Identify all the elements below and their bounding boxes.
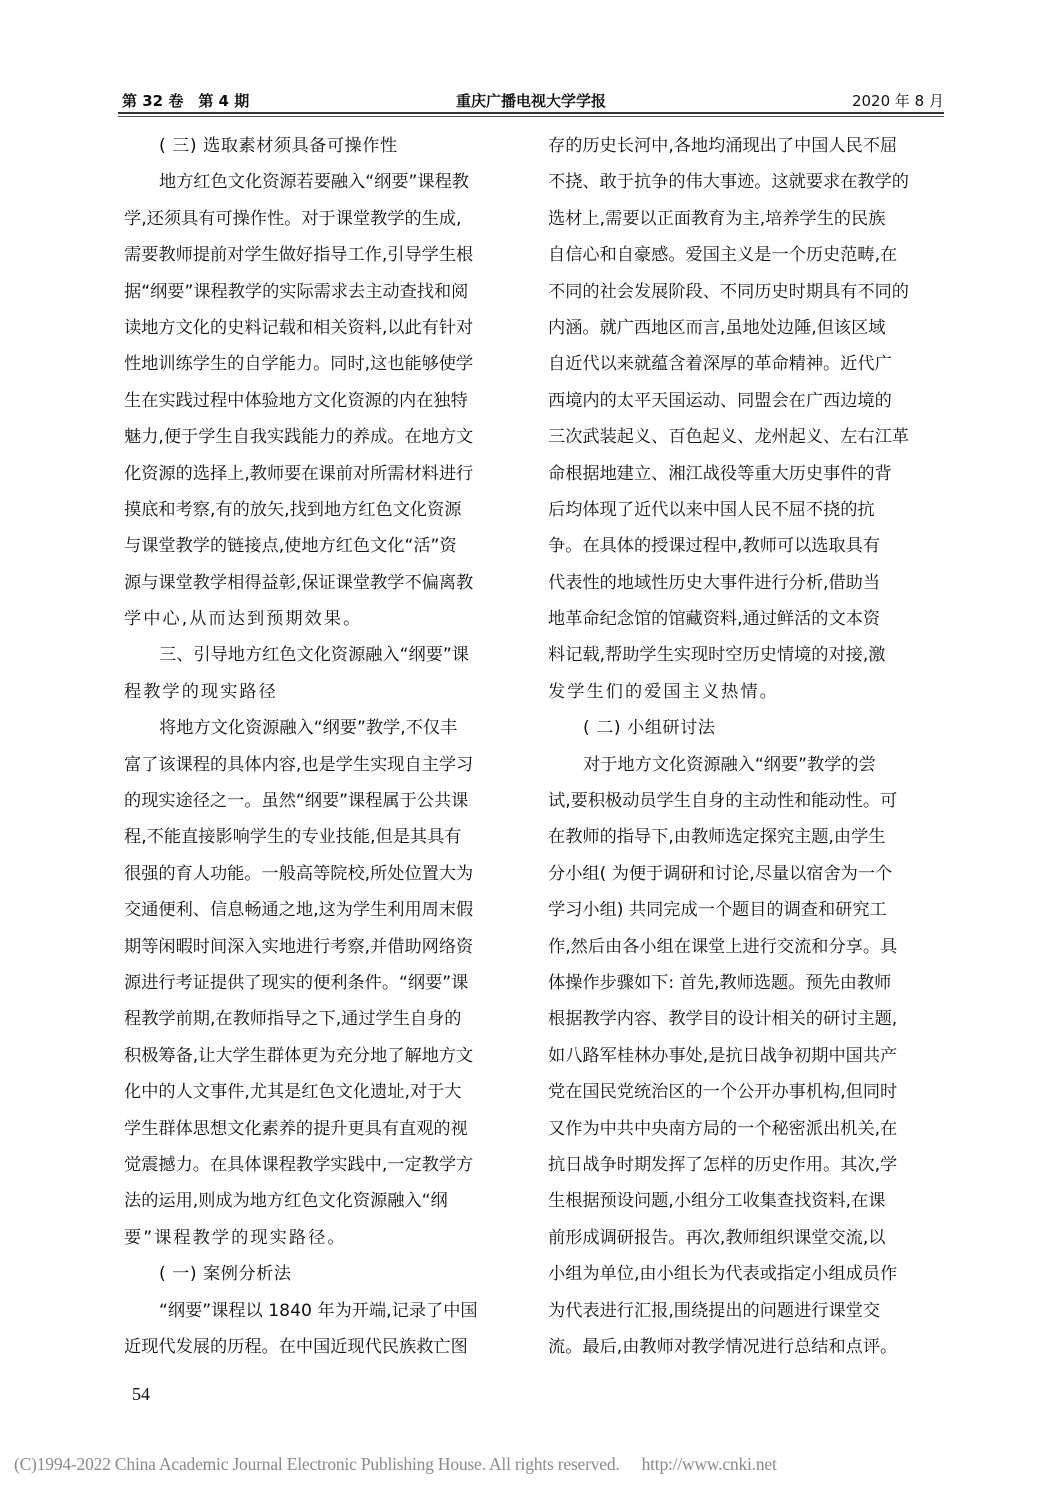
text-line: 程教学的现实路径 bbox=[124, 674, 512, 710]
text-line: 源与课堂教学相得益彰,保证课堂教学不偏离教 bbox=[124, 565, 512, 601]
text-line: 学习小组) 共同完成一个题目的调查和研究工 bbox=[548, 892, 936, 928]
text-line: 读地方文化的史料记载和相关资料,以此有针对 bbox=[124, 310, 512, 346]
text-line: 在教师的指导下,由教师选定探究主题,由学生 bbox=[548, 819, 936, 855]
text-line: 学,还须具有可操作性。对于课堂教学的生成, bbox=[124, 201, 512, 237]
text-line: 源进行考证提供了现实的便利条件。“纲要”课 bbox=[124, 965, 512, 1001]
text-line: 内涵。就广西地区而言,虽地处边陲,但该区域 bbox=[548, 310, 936, 346]
text-line: 分小组( 为便于调研和讨论,尽量以宿舍为一个 bbox=[548, 856, 936, 892]
text-line: 与课堂教学的链接点,使地方红色文化“活”资 bbox=[124, 528, 512, 564]
text-line: 不挠、敢于抗争的伟大事迹。这就要求在教学的 bbox=[548, 164, 936, 200]
text-line: 体操作步骤如下: 首先,教师选题。预先由教师 bbox=[548, 965, 936, 1001]
copyright-text: (C)1994-2022 China Academic Journal Elec… bbox=[14, 1454, 620, 1474]
text-line: 党在国民党统治区的一个公开办事机构,但同时 bbox=[548, 1074, 936, 1110]
left-column: ( 三) 选取素材须具备可操作性地方红色文化资源若要融入“纲要”课程教学,还须具… bbox=[124, 128, 512, 1365]
text-line: 积极筹备,让大学生群体更为充分地了解地方文 bbox=[124, 1038, 512, 1074]
text-line: 程教学前期,在教师指导之下,通过学生自身的 bbox=[124, 1001, 512, 1037]
text-line: 地方红色文化资源若要融入“纲要”课程教 bbox=[124, 164, 512, 200]
text-line: 很强的育人功能。一般高等院校,所处位置大为 bbox=[124, 856, 512, 892]
text-line: 前形成调研报告。再次,教师组织课堂交流,以 bbox=[548, 1220, 936, 1256]
text-line: 需要教师提前对学生做好指导工作,引导学生根 bbox=[124, 237, 512, 273]
text-line: 代表性的地域性历史大事件进行分析,借助当 bbox=[548, 565, 936, 601]
section-heading: ( 三) 选取素材须具备可操作性 bbox=[124, 128, 512, 164]
text-line: 后均体现了近代以来中国人民不屈不挠的抗 bbox=[548, 492, 936, 528]
text-line: “纲要”课程以 1840 年为开端,记录了中国 bbox=[124, 1293, 512, 1329]
text-line: 作,然后由各小组在课堂上进行交流和分享。具 bbox=[548, 929, 936, 965]
header-rule-thin bbox=[118, 116, 944, 117]
text-line: 学中心,从而达到预期效果。 bbox=[124, 601, 512, 637]
running-header: 第 32 卷 第 4 期 重庆广播电视大学学报 2020 年 8 月 bbox=[118, 86, 944, 112]
text-line: 选材上,需要以正面教育为主,培养学生的民族 bbox=[548, 201, 936, 237]
text-line: 试,要积极动员学生自身的主动性和能动性。可 bbox=[548, 783, 936, 819]
text-line: 料记载,帮助学生实现时空历史情境的对接,激 bbox=[548, 637, 936, 673]
text-line: 生根据预设问题,小组分工收集查找资料,在课 bbox=[548, 1183, 936, 1219]
text-line: 流。最后,由教师对教学情况进行总结和点评。 bbox=[548, 1329, 936, 1365]
text-line: 抗日战争时期发挥了怎样的历史作用。其次,学 bbox=[548, 1147, 936, 1183]
text-line: 自近代以来就蕴含着深厚的革命精神。近代广 bbox=[548, 346, 936, 382]
text-line: 地革命纪念馆的馆藏资料,通过鲜活的文本资 bbox=[548, 601, 936, 637]
text-line: 魅力,便于学生自我实践能力的养成。在地方文 bbox=[124, 419, 512, 455]
text-line: 富了该课程的具体内容,也是学生实现自主学习 bbox=[124, 747, 512, 783]
journal-title: 重庆广播电视大学学报 bbox=[118, 90, 944, 111]
text-line: 摸底和考察,有的放矢,找到地方红色文化资源 bbox=[124, 492, 512, 528]
text-line: 化资源的选择上,教师要在课前对所需材料进行 bbox=[124, 456, 512, 492]
text-line: 根据教学内容、教学目的设计相关的研讨主题, bbox=[548, 1001, 936, 1037]
text-line: 据“纲要”课程教学的实际需求去主动查找和阅 bbox=[124, 274, 512, 310]
text-line: 要”课程教学的现实路径。 bbox=[124, 1220, 512, 1256]
right-column: 存的历史长河中,各地均涌现出了中国人民不屈不挠、敢于抗争的伟大事迹。这就要求在教… bbox=[548, 128, 936, 1365]
text-line: 近现代发展的历程。在中国近现代民族救亡图 bbox=[124, 1329, 512, 1365]
copyright-notice: (C)1994-2022 China Academic Journal Elec… bbox=[14, 1454, 777, 1475]
section-heading: ( 二) 小组研讨法 bbox=[548, 710, 936, 746]
text-line: 对于地方文化资源融入“纲要”教学的尝 bbox=[548, 747, 936, 783]
text-line: 学生群体思想文化素养的提升更具有直观的视 bbox=[124, 1111, 512, 1147]
text-line: 期等闲暇时间深入实地进行考察,并借助网络资 bbox=[124, 929, 512, 965]
text-line: 生在实践过程中体验地方文化资源的内在独特 bbox=[124, 383, 512, 419]
header-rule-thick bbox=[118, 112, 944, 114]
cnki-link[interactable]: http://www.cnki.net bbox=[642, 1454, 777, 1474]
text-line: 小组为单位,由小组长为代表或指定小组成员作 bbox=[548, 1256, 936, 1292]
text-line: 性地训练学生的自学能力。同时,这也能够使学 bbox=[124, 346, 512, 382]
text-line: 三、引导地方红色文化资源融入“纲要”课 bbox=[124, 637, 512, 673]
text-line: 法的运用,则成为地方红色文化资源融入“纲 bbox=[124, 1183, 512, 1219]
text-line: 如八路军桂林办事处,是抗日战争初期中国共产 bbox=[548, 1038, 936, 1074]
issue-date: 2020 年 8 月 bbox=[852, 90, 944, 111]
text-line: 存的历史长河中,各地均涌现出了中国人民不屈 bbox=[548, 128, 936, 164]
page-number: 54 bbox=[132, 1384, 150, 1405]
text-line: 自信心和自豪感。爱国主义是一个历史范畴,在 bbox=[548, 237, 936, 273]
text-line: 争。在具体的授课过程中,教师可以选取具有 bbox=[548, 528, 936, 564]
text-line: 三次武装起义、百色起义、龙州起义、左右江革 bbox=[548, 419, 936, 455]
text-line: 命根据地建立、湘江战役等重大历史事件的背 bbox=[548, 456, 936, 492]
text-line: 发学生们的爱国主义热情。 bbox=[548, 674, 936, 710]
text-line: 化中的人文事件,尤其是红色文化遗址,对于大 bbox=[124, 1074, 512, 1110]
text-line: 交通便利、信息畅通之地,这为学生利用周末假 bbox=[124, 892, 512, 928]
text-line: 的现实途径之一。虽然“纲要”课程属于公共课 bbox=[124, 783, 512, 819]
text-line: 不同的社会发展阶段、不同历史时期具有不同的 bbox=[548, 274, 936, 310]
text-line: 又作为中共中央南方局的一个秘密派出机关,在 bbox=[548, 1111, 936, 1147]
text-line: 觉震撼力。在具体课程教学实践中,一定教学方 bbox=[124, 1147, 512, 1183]
text-line: 程,不能直接影响学生的专业技能,但是其具有 bbox=[124, 819, 512, 855]
section-heading: ( 一) 案例分析法 bbox=[124, 1256, 512, 1292]
text-line: 西境内的太平天国运动、同盟会在广西边境的 bbox=[548, 383, 936, 419]
text-line: 将地方文化资源融入“纲要”教学,不仅丰 bbox=[124, 710, 512, 746]
text-line: 为代表进行汇报,围绕提出的问题进行课堂交 bbox=[548, 1293, 936, 1329]
